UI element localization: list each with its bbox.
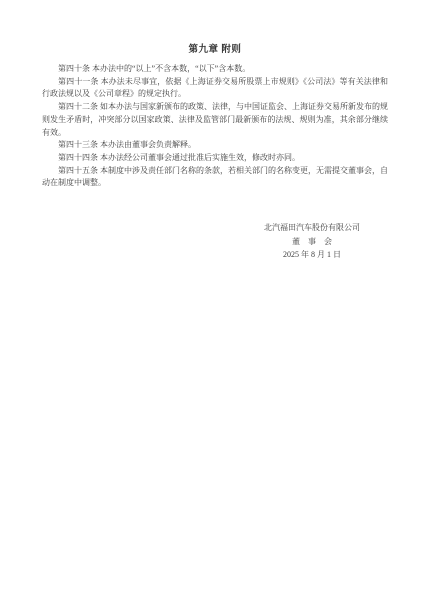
article-45-paragraph: 第四十五条 本制度中涉及责任部门名称的条款，若相关部门的名称变更，无需提交董事会…: [42, 165, 388, 190]
article-40-paragraph: 第四十条 本办法中的“以上”不含本数，“以下”含本数。: [42, 63, 388, 76]
article-42-paragraph: 第四十二条 如本办法与国家新颁布的政策、法律，与中国证监会、上海证券交易所新发布…: [42, 101, 388, 139]
signature-board-of-directors: 董 事 会: [264, 235, 360, 249]
signature-block: 北汽福田汽车股份有限公司 董 事 会 2025 年 8 月 1 日: [264, 221, 360, 262]
article-41-paragraph: 第四十一条 本办法未尽事宜，依据《上海证券交易所股票上市规则》《公司法》等有关法…: [42, 76, 388, 101]
article-43-paragraph: 第四十三条 本办法由董事会负责解释。: [42, 139, 388, 152]
chapter-title: 第九章 附则: [42, 44, 388, 57]
document-page: 第九章 附则 第四十条 本办法中的“以上”不含本数，“以下”含本数。 第四十一条…: [0, 0, 424, 600]
signature-date: 2025 年 8 月 1 日: [264, 248, 360, 262]
signature-company-name: 北汽福田汽车股份有限公司: [264, 221, 360, 235]
article-44-paragraph: 第四十四条 本办法经公司董事会通过批准后实施生效，修改时亦同。: [42, 152, 388, 165]
